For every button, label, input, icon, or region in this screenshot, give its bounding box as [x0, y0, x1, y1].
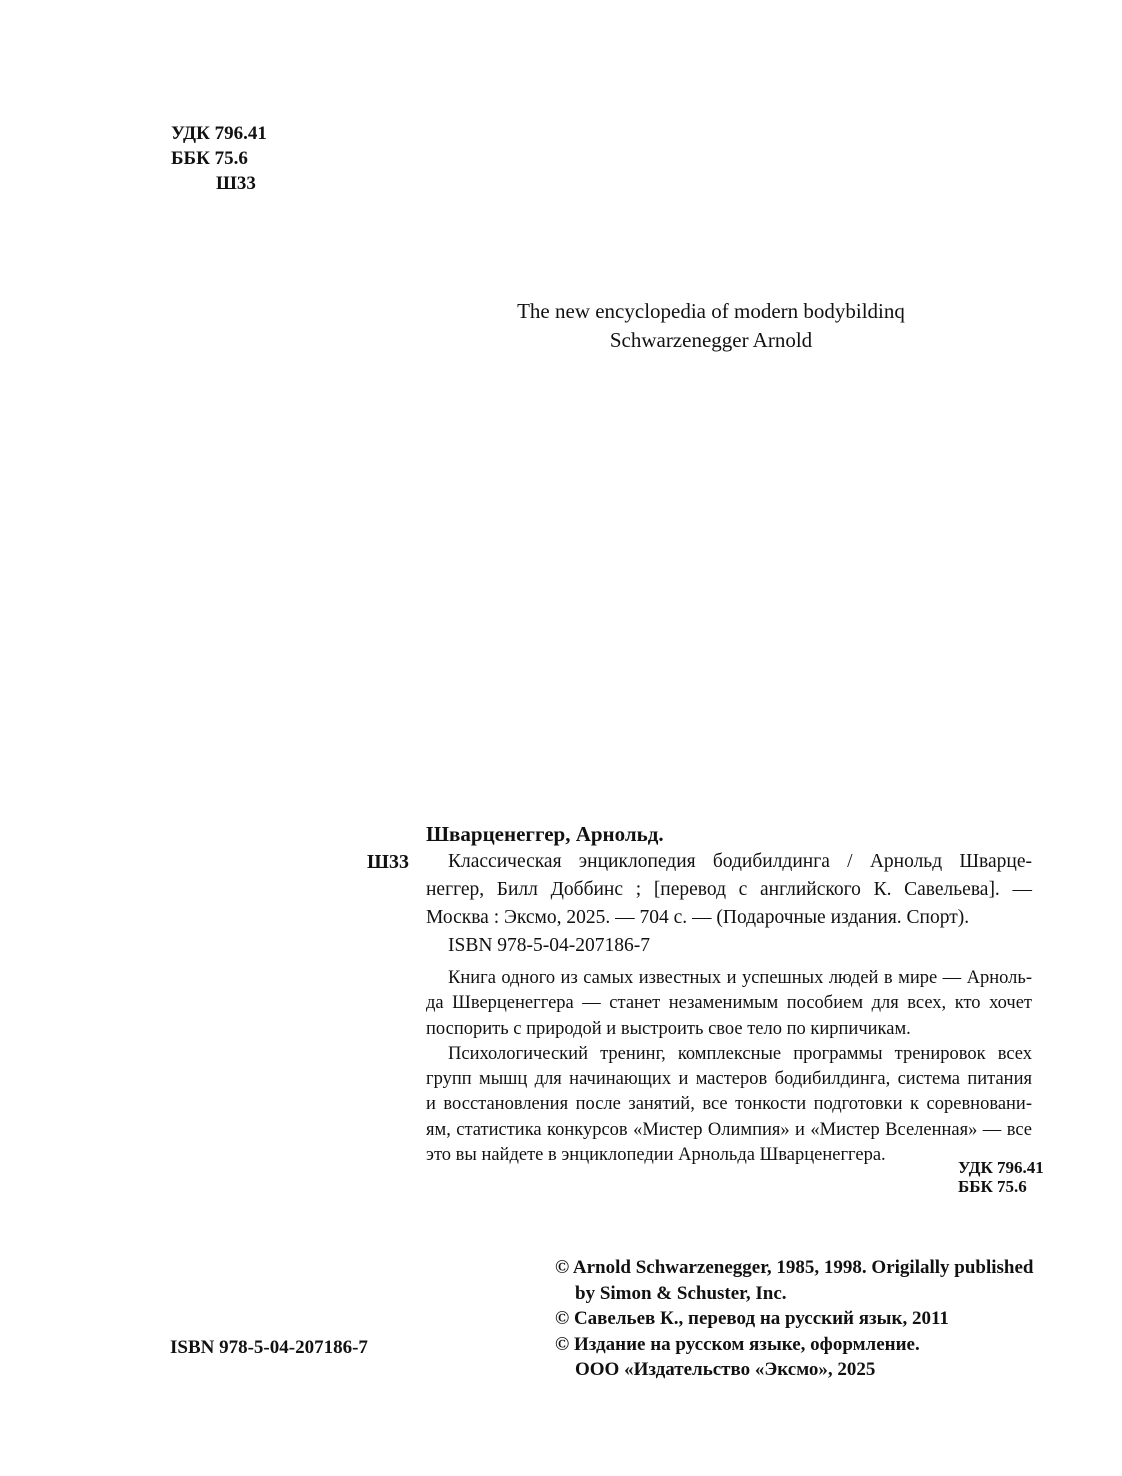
bibliographic-author-mark: Ш33: [367, 848, 409, 876]
annotation-paragraph: Психологический тренинг, комплексные про…: [426, 1042, 1032, 1168]
udk-code: УДК 796.41: [958, 1158, 1044, 1177]
copyright-line: © Савельев К., перевод на русский язык, …: [555, 1306, 1034, 1332]
copyright-line: ООО «Издательство «Эксмо», 2025: [555, 1357, 1034, 1383]
bibliographic-line: Классическая энциклопедия бодибилдинга /…: [426, 848, 1032, 876]
annotation-line: поспорить с природой и выстроить свое те…: [426, 1017, 1032, 1042]
annotation-line: это вы найдете в энциклопедии Арнольда Ш…: [426, 1143, 1032, 1168]
bibliographic-line: неггер, Билл Доббинс ; [перевод с англий…: [426, 876, 1032, 904]
udk-code: УДК 796.41: [171, 121, 267, 146]
bibliographic-description: Классическая энциклопедия бодибилдинга /…: [426, 848, 1032, 932]
annotation-line: и восстановления после занятий, все тонк…: [426, 1092, 1032, 1117]
annotation-line: групп мышц для начинающих и мастеров бод…: [426, 1067, 1032, 1092]
bibliographic-line: Москва : Эксмо, 2025. — 704 с. — (Подаро…: [426, 904, 1032, 932]
bibliographic-author-heading: Шварценеггер, Арнольд.: [426, 820, 664, 848]
original-author: Schwarzenegger Arnold: [470, 326, 952, 355]
copyright-line: © Издание на русском языке, оформление.: [555, 1332, 1034, 1358]
copyright-block: © Arnold Schwarzenegger, 1985, 1998. Ori…: [555, 1255, 1034, 1383]
isbn: ISBN 978-5-04-207186-7: [170, 1337, 368, 1359]
annotation: Книга одного из самых известных и успешн…: [426, 966, 1032, 1168]
copyright-line: by Simon & Schuster, Inc.: [555, 1281, 1034, 1307]
original-title-block: The new encyclopedia of modern bodybildi…: [470, 297, 952, 355]
annotation-line: ям, статистика конкурсов «Мистер Олимпия…: [426, 1118, 1032, 1143]
original-title: The new encyclopedia of modern bodybildi…: [470, 297, 952, 326]
annotation-line: Психологический тренинг, комплексные про…: [426, 1042, 1032, 1067]
bibliographic-isbn: ISBN 978-5-04-207186-7: [448, 932, 650, 960]
classification-codes-top: УДК 796.41 ББК 75.6 Ш33: [171, 121, 267, 196]
bbk-code: ББК 75.6: [958, 1177, 1044, 1196]
annotation-line: да Шверценеггера — станет незаменимым по…: [426, 991, 1032, 1016]
author-mark: Ш33: [171, 171, 267, 196]
annotation-paragraph: Книга одного из самых известных и успешн…: [426, 966, 1032, 1042]
bbk-code: ББК 75.6: [171, 146, 267, 171]
annotation-line: Книга одного из самых известных и успешн…: [426, 966, 1032, 991]
copyright-line: © Arnold Schwarzenegger, 1985, 1998. Ori…: [555, 1255, 1034, 1281]
classification-codes-bottom: УДК 796.41 ББК 75.6: [958, 1158, 1044, 1196]
